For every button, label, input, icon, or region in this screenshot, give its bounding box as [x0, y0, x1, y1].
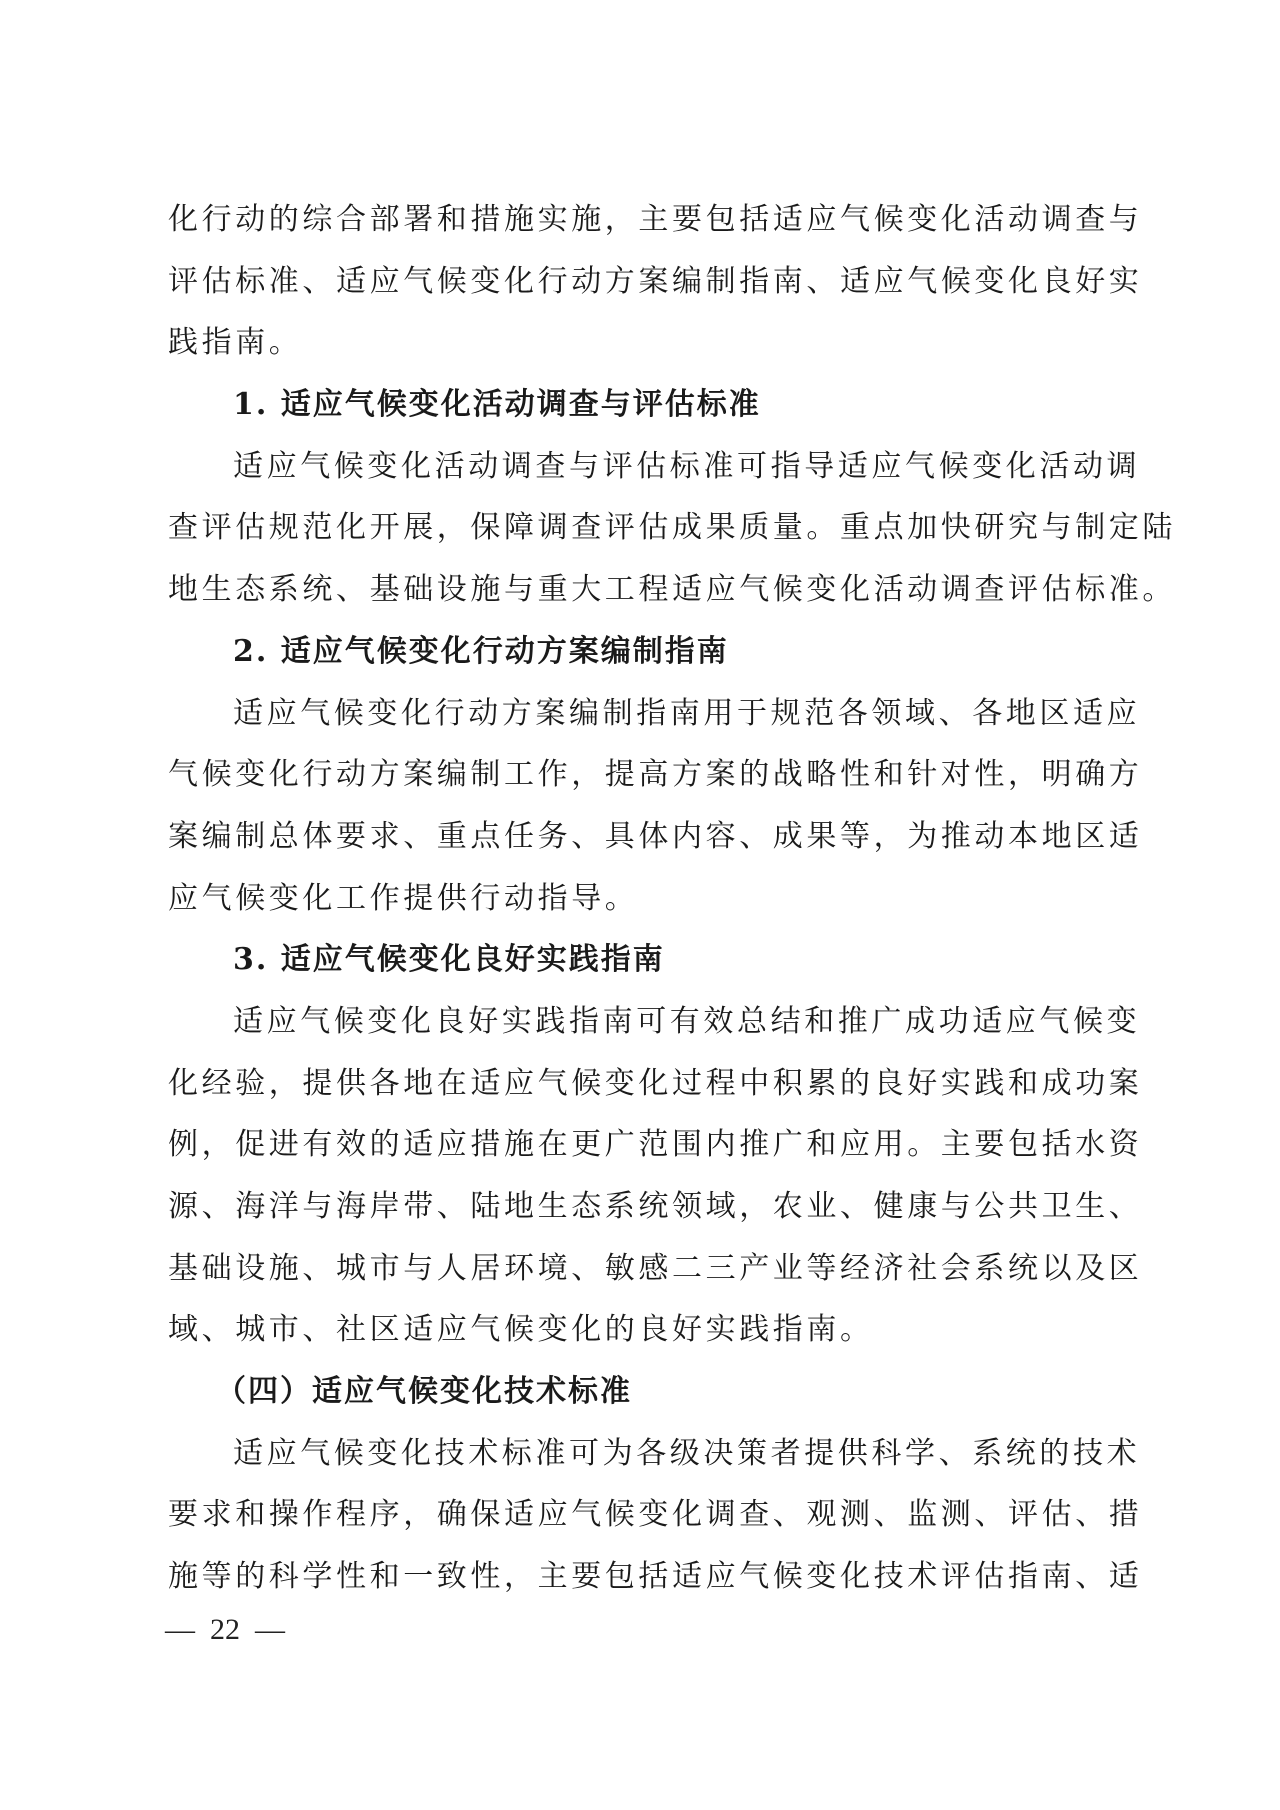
body-line: 要求和操作程序，确保适应气候变化调查、观测、监测、评估、措 [168, 1484, 1116, 1546]
body-line: 例，促进有效的适应措施在更广范围内推广和应用。主要包括水资 [168, 1114, 1116, 1176]
body-line: 气候变化行动方案编制工作，提高方案的战略性和针对性，明确方 [168, 744, 1116, 806]
body-line: 化行动的综合部署和措施实施，主要包括适应气候变化活动调查与 [168, 189, 1116, 251]
body-line: 化经验，提供各地在适应气候变化过程中积累的良好实践和成功案 [168, 1053, 1116, 1115]
subheading-1: 1. 适应气候变化活动调查与评估标准 [168, 374, 1116, 436]
body-line: 查评估规范化开展，保障调查评估成果质量。重点加快研究与制定陆 [168, 497, 1116, 559]
section-heading-4: （四）适应气候变化技术标准 [168, 1361, 1116, 1423]
body-line: 域、城市、社区适应气候变化的良好实践指南。 [168, 1299, 1116, 1361]
body-line: 适应气候变化技术标准可为各级决策者提供科学、系统的技术 [168, 1423, 1116, 1485]
body-line: 基础设施、城市与人居环境、敏感二三产业等经济社会系统以及区 [168, 1238, 1116, 1300]
body-line: 施等的科学性和一致性，主要包括适应气候变化技术评估指南、适 [168, 1546, 1116, 1608]
body-line: 适应气候变化良好实践指南可有效总结和推广成功适应气候变 [168, 991, 1116, 1053]
body-line: 地生态系统、基础设施与重大工程适应气候变化活动调查评估标准。 [168, 559, 1116, 621]
body-line: 评估标准、适应气候变化行动方案编制指南、适应气候变化良好实 [168, 251, 1116, 313]
page-number: — 22 — [165, 1612, 285, 1648]
document-page: 化行动的综合部署和措施实施，主要包括适应气候变化活动调查与 评估标准、适应气候变… [168, 189, 1116, 1608]
subheading-3: 3. 适应气候变化良好实践指南 [168, 929, 1116, 991]
body-line: 案编制总体要求、重点任务、具体内容、成果等，为推动本地区适 [168, 806, 1116, 868]
body-line: 适应气候变化行动方案编制指南用于规范各领域、各地区适应 [168, 683, 1116, 745]
body-line: 适应气候变化活动调查与评估标准可指导适应气候变化活动调 [168, 436, 1116, 498]
body-line: 源、海洋与海岸带、陆地生态系统领域，农业、健康与公共卫生、 [168, 1176, 1116, 1238]
subheading-2: 2. 适应气候变化行动方案编制指南 [168, 621, 1116, 683]
body-line: 践指南。 [168, 312, 1116, 374]
body-line: 应气候变化工作提供行动指导。 [168, 868, 1116, 930]
